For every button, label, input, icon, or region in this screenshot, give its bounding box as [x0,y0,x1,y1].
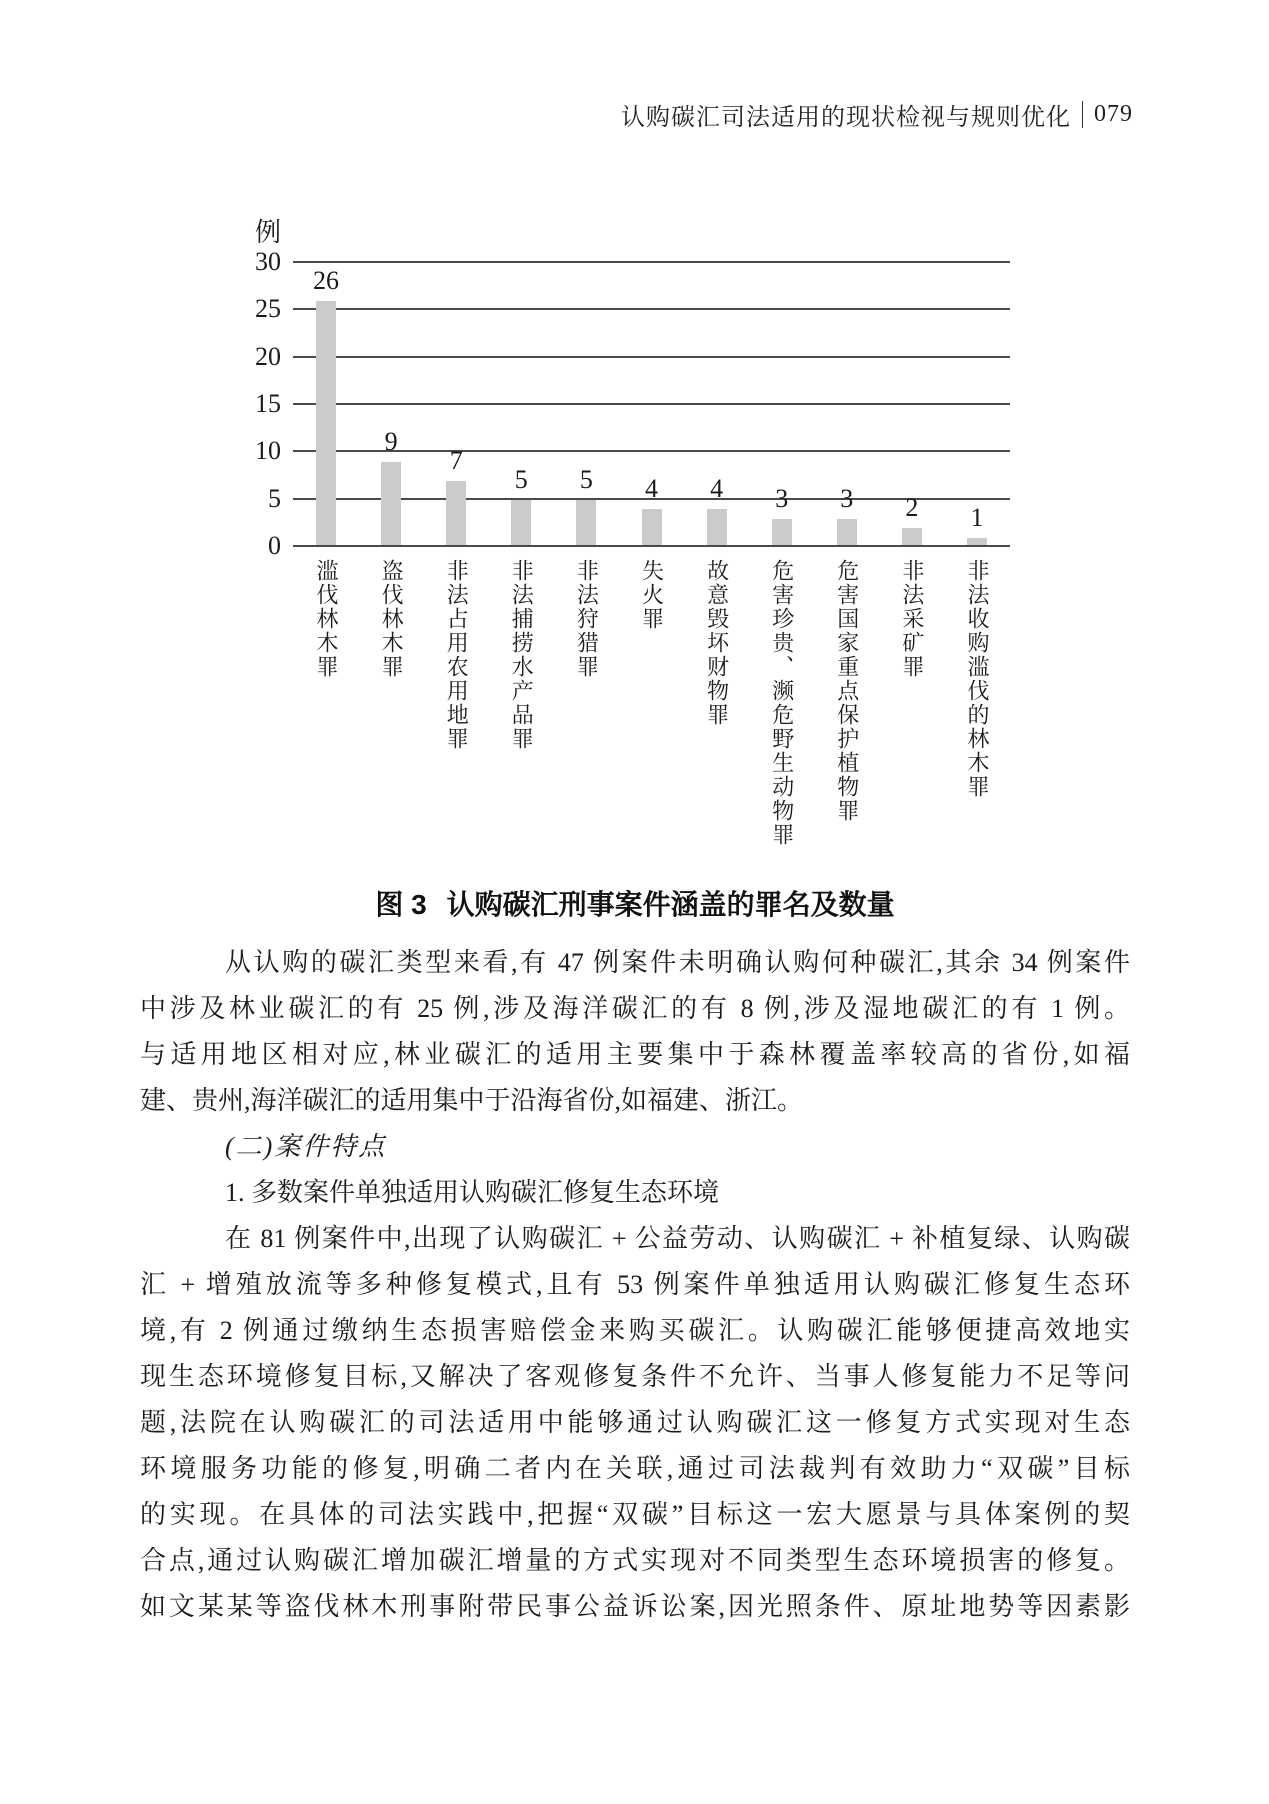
body-line: 境,有 2 例通过缴纳生态损害赔偿金来购买碳汇。认购碳汇能够便捷高效地实 [140,1308,1130,1354]
x-category-label: 非法捕捞水产品罪 [508,559,534,751]
body-line: 与适用地区相对应,林业碳汇的适用主要集中于森林覆盖率较高的省份,如福 [140,1032,1130,1078]
bar-value-label: 5 [554,466,618,494]
bar-value-label: 2 [880,494,944,522]
x-category-label: 非法狩猎罪 [573,559,599,679]
bar-value-label: 4 [620,475,684,503]
section-heading: (二)案件特点 [140,1124,1130,1170]
bar [446,481,466,547]
numbered-heading: 1. 多数案件单独适用认购碳汇修复生态环境 [140,1170,1130,1216]
bar-value-label: 1 [945,504,1009,532]
bar-value-label: 3 [750,485,814,513]
bar-value-label: 4 [685,475,749,503]
bar [642,509,662,547]
body-line: 如文某某等盗伐林木刑事附带民事公益诉讼案,因光照条件、原址地势等因素影 [140,1584,1130,1630]
y-tick-label: 10 [231,436,281,466]
gridline [293,356,1010,358]
x-category-label: 故意毁坏财物罪 [704,559,730,727]
chart-plot: 例 滥伐林木罪盗伐林木罪非法占用农用地罪非法捕捞水产品罪非法狩猎罪失火罪故意毁坏… [293,263,1010,547]
y-tick-label: 5 [231,484,281,514]
gridline [293,261,1010,263]
y-tick-label: 20 [231,342,281,372]
bar [381,462,401,547]
y-tick-label: 15 [231,389,281,419]
body-line: 合点,通过认购碳汇增加碳汇增量的方式实现对不同类型生态环境损害的修复。 [140,1538,1130,1584]
body-line: 现生态环境修复目标,又解决了客观修复条件不允许、当事人修复能力不足等问 [140,1354,1130,1400]
figure-caption-text: 认购碳汇刑事案件涵盖的罪名及数量 [447,883,895,923]
x-category-label: 非法采矿罪 [899,559,925,679]
bar-value-label: 9 [359,428,423,456]
body-text: 从认购的碳汇类型来看,有 47 例案件未明确认购何种碳汇,其余 34 例案件中涉… [140,940,1130,1630]
y-tick-label: 30 [231,247,281,277]
bar [576,500,596,547]
bar [772,519,792,547]
x-category-label: 非法收购滥伐的林木罪 [964,559,990,799]
x-category-label: 危害国家重点保护植物罪 [834,559,860,823]
x-category-label: 失火罪 [639,559,665,631]
page-number: 079 [1094,101,1133,128]
bar [837,519,857,547]
x-category-label: 盗伐林木罪 [378,559,404,679]
gridline [293,308,1010,310]
y-tick-label: 25 [231,294,281,324]
body-line: 题,法院在认购碳汇的司法适用中能够通过认购碳汇这一修复方式实现对生态 [140,1400,1130,1446]
bar-value-label: 26 [294,267,358,295]
x-category-label: 非法占用农用地罪 [443,559,469,751]
running-head-title: 认购碳汇司法适用的现状检视与规则优化 [621,97,1071,132]
x-category-label: 滥伐林木罪 [313,559,339,679]
bar-value-label: 7 [424,447,488,475]
body-line: 环境服务功能的修复,明确二者内在关联,通过司法裁判有效助力“双碳”目标 [140,1446,1130,1492]
x-category-label: 危害珍贵、濒危野生动物罪 [769,559,795,847]
figure-caption-label: 图 3 [375,883,426,923]
running-head: 认购碳汇司法适用的现状检视与规则优化 079 [621,97,1133,132]
body-line: 建、贵州,海洋碳汇的适用集中于沿海省份,如福建、浙江。 [140,1078,1130,1124]
bar [707,509,727,547]
bar-value-label: 3 [815,485,879,513]
x-axis-labels: 滥伐林木罪盗伐林木罪非法占用农用地罪非法捕捞水产品罪非法狩猎罪失火罪故意毁坏财物… [293,559,1010,859]
page: 认购碳汇司法适用的现状检视与规则优化 079 例 滥伐林木罪盗伐林木罪非法占用农… [0,0,1269,1804]
body-line: 中涉及林业碳汇的有 25 例,涉及海洋碳汇的有 8 例,涉及湿地碳汇的有 1 例… [140,986,1130,1032]
gridline [293,403,1010,405]
x-axis-line [293,545,1010,547]
body-line: 从认购的碳汇类型来看,有 47 例案件未明确认购何种碳汇,其余 34 例案件 [140,940,1130,986]
y-axis-unit-label: 例 [231,218,281,248]
y-tick-label: 0 [231,531,281,561]
bar-value-label: 5 [489,466,553,494]
body-line: 在 81 例案件中,出现了认购碳汇 + 公益劳动、认购碳汇 + 补植复绿、认购碳 [140,1216,1130,1262]
body-line: 汇 + 增殖放流等多种修复模式,且有 53 例案件单独适用认购碳汇修复生态环 [140,1262,1130,1308]
bar [511,500,531,547]
body-line: 的实现。在具体的司法实践中,把握“双碳”目标这一宏大愿景与具体案例的契 [140,1492,1130,1538]
bar [316,301,336,547]
figure-caption: 图 3 认购碳汇刑事案件涵盖的罪名及数量 [140,882,1130,924]
running-head-divider [1082,101,1083,128]
